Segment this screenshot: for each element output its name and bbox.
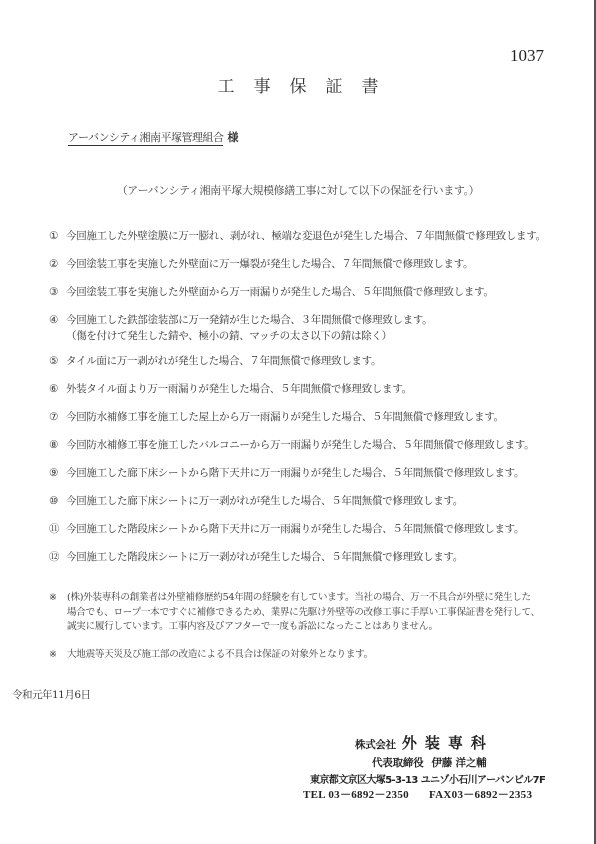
- note-mark: ※: [49, 648, 57, 663]
- warranty-item: ⑧今回防水補修工事を施工したバルコニーから万一雨漏りが発生した場合、５年間無償で…: [49, 437, 534, 452]
- tel-number: TEL 03－6892－2350: [303, 789, 409, 801]
- item-text: 今回施工した廊下床シートから階下天井に万一雨漏りが発生した場合、５年間無償で修理…: [66, 467, 524, 479]
- document-title: 工事保証書: [0, 72, 596, 97]
- company-name-block: 株式会社外装専科: [355, 732, 494, 753]
- document-number: 1037: [510, 46, 544, 66]
- note-line: (株)外装専科の創業者は外壁補修歴約54年間の経験を有しています。当社の場合、万…: [67, 591, 540, 606]
- item-number: ⑫: [49, 549, 66, 564]
- item-text: 今回塗装工事を実施した外壁面に万一爆裂が発生した場合、７年間無償で修理致します。: [66, 258, 473, 270]
- warranty-item: ②今回塗装工事を実施した外壁面に万一爆裂が発生した場合、７年間無償で修理致します…: [49, 256, 473, 271]
- recipient: アーバンシティ湘南平塚管理組合様: [68, 129, 238, 145]
- company-prefix: 株式会社: [355, 739, 396, 751]
- note-line: 場合でも、ロープ一本ですぐに補修できるため、業界に先駆け外壁等の改修工事に手厚い…: [67, 606, 540, 621]
- warranty-document: 1037 工事保証書 アーバンシティ湘南平塚管理組合様 （アーバンシティ湘南平塚…: [0, 0, 596, 844]
- item-number: ③: [49, 286, 66, 298]
- item-subnote: （傷を付けて発生した錆や、極小の錆、マッチの太さ以下の錆は除く）: [66, 328, 432, 343]
- item-number: ⑪: [49, 521, 66, 536]
- note-mark: ※: [49, 591, 57, 606]
- note-line: 誠実に履行しています。工事内容及びアフターで一度も訴訟になったことはありません。: [67, 620, 540, 635]
- item-number: ⑧: [49, 439, 66, 451]
- representative: 代表取締役伊藤 洋之輔: [372, 755, 486, 770]
- item-number: ②: [49, 258, 66, 270]
- item-number: ①: [49, 230, 66, 242]
- item-text: 今回施工した階段床シートから階下天井に万一雨漏りが発生した場合、５年間無償で修理…: [66, 523, 524, 535]
- fax-number: FAX03－6892－2353: [429, 789, 532, 801]
- item-text: タイル面に万一剥がれが発生した場合、７年間無償で修理致します。: [66, 355, 381, 367]
- recipient-honorific: 様: [227, 131, 238, 144]
- warranty-item: ⑨今回施工した廊下床シートから階下天井に万一雨漏りが発生した場合、５年間無償で修…: [49, 465, 524, 480]
- warranty-item: ③今回塗装工事を実施した外壁面から万一雨漏りが発生した場合、５年間無償で修理致し…: [49, 284, 494, 299]
- note-line: 大地震等天災及び施工部の改造による不具合は保証の対象外となります。: [67, 648, 373, 663]
- item-number: ⑨: [49, 467, 66, 479]
- item-number: ④: [49, 314, 66, 326]
- note-company-history: ※ (株)外装専科の創業者は外壁補修歴約54年間の経験を有しています。当社の場合…: [49, 591, 540, 635]
- company-name: 外装専科: [402, 734, 494, 752]
- item-number: ⑥: [49, 383, 66, 395]
- contact-info: TEL 03－6892－2350FAX03－6892－2353: [303, 786, 532, 802]
- item-text: 今回防水補修工事を施工した屋上から万一雨漏りが発生した場合、５年間無償で修理致し…: [66, 411, 504, 423]
- issue-date: 令和元年11月6日: [12, 687, 91, 702]
- company-address: 東京都文京区大塚5-3-13 ユニゾ小石川アーバンビル7F: [310, 771, 545, 786]
- item-text: 今回防水補修工事を施工したバルコニーから万一雨漏りが発生した場合、５年間無償で修…: [66, 439, 534, 451]
- intro-statement: （アーバンシティ湘南平塚大規模修繕工事に対して以下の保証を行います。）: [0, 182, 596, 198]
- recipient-name: アーバンシティ湘南平塚管理組合: [68, 131, 223, 146]
- item-text: 今回施工した外壁塗膜に万一膨れ、剥がれ、極端な変退色が発生した場合、７年間無償で…: [66, 230, 546, 242]
- rep-title: 代表取締役: [372, 757, 424, 769]
- warranty-item: ①今回施工した外壁塗膜に万一膨れ、剥がれ、極端な変退色が発生した場合、７年間無償…: [49, 228, 546, 243]
- item-text: 外装タイル面より万一雨漏りが発生した場合、５年間無償で修理致します。: [66, 383, 412, 395]
- item-number: ⑩: [49, 495, 66, 507]
- warranty-item: ⑤タイル面に万一剥がれが発生した場合、７年間無償で修理致します。: [49, 353, 381, 368]
- warranty-item: ④今回施工した鉄部塗装部に万一発錆が生じた場合、３年間無償で修理致します。 （傷…: [49, 312, 432, 343]
- item-number: ⑦: [49, 411, 66, 423]
- item-text: 今回施工した階段床シートに万一剥がれが発生した場合、５年間無償で修理致します。: [66, 551, 463, 563]
- rep-name: 伊藤 洋之輔: [432, 757, 487, 769]
- item-text: 今回施工した廊下床シートに万一剥がれが発生した場合、５年間無償で修理致します。: [66, 495, 463, 507]
- warranty-item: ⑩今回施工した廊下床シートに万一剥がれが発生した場合、５年間無償で修理致します。: [49, 493, 463, 508]
- warranty-item: ⑪今回施工した階段床シートから階下天井に万一雨漏りが発生した場合、５年間無償で修…: [49, 521, 524, 536]
- warranty-item: ⑦今回防水補修工事を施工した屋上から万一雨漏りが発生した場合、５年間無償で修理致…: [49, 409, 504, 424]
- warranty-item: ⑫今回施工した階段床シートに万一剥がれが発生した場合、５年間無償で修理致します。: [49, 549, 463, 564]
- item-text: 今回塗装工事を実施した外壁面から万一雨漏りが発生した場合、５年間無償で修理致しま…: [66, 286, 494, 298]
- item-text: 今回施工した鉄部塗装部に万一発錆が生じた場合、３年間無償で修理致します。: [66, 314, 432, 326]
- item-number: ⑤: [49, 355, 66, 367]
- note-exclusions: ※ 大地震等天災及び施工部の改造による不具合は保証の対象外となります。: [49, 648, 373, 663]
- warranty-item: ⑥外装タイル面より万一雨漏りが発生した場合、５年間無償で修理致します。: [49, 381, 412, 396]
